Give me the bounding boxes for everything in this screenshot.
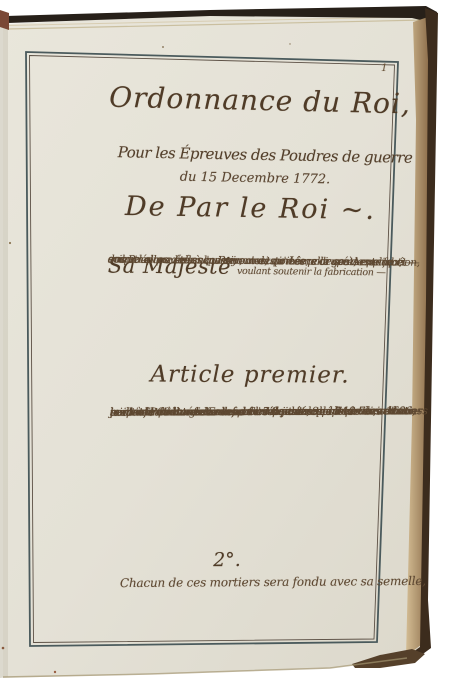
- page-number: 1: [381, 63, 387, 74]
- document-subtitle: Pour les Épreuves des Poudres de guerre: [95, 143, 435, 168]
- preamble-paragraph: Sa Majestévoulant soutenir la fabricatio…: [108, 250, 398, 253]
- document-date-line: du 15 Decembre 1772.: [95, 168, 415, 189]
- article-2-line: Chacun de ces mortiers sera fondu avec s…: [120, 574, 426, 590]
- manuscript-text-layer: 1 Ordonnance du Roi, Pour les Épreuves d…: [0, 0, 465, 700]
- royal-proclamation-line: De Par le Roi ~.: [125, 191, 376, 226]
- article-1-heading: Article premier.: [110, 361, 390, 388]
- manuscript-photo: 1 Ordonnance du Roi, Pour les Épreuves d…: [0, 0, 465, 700]
- article-1-paragraph: Les Poudres seront éprouvées dans des Mo…: [110, 401, 400, 402]
- preamble-line: soient éprouvées à l'avenir, ainsi qu'il…: [108, 250, 406, 273]
- article-1-line: joint à la présente ordonnance.: [110, 402, 272, 422]
- document-title: Ordonnance du Roi,: [70, 80, 451, 122]
- article-2-heading: 2°.: [112, 548, 342, 571]
